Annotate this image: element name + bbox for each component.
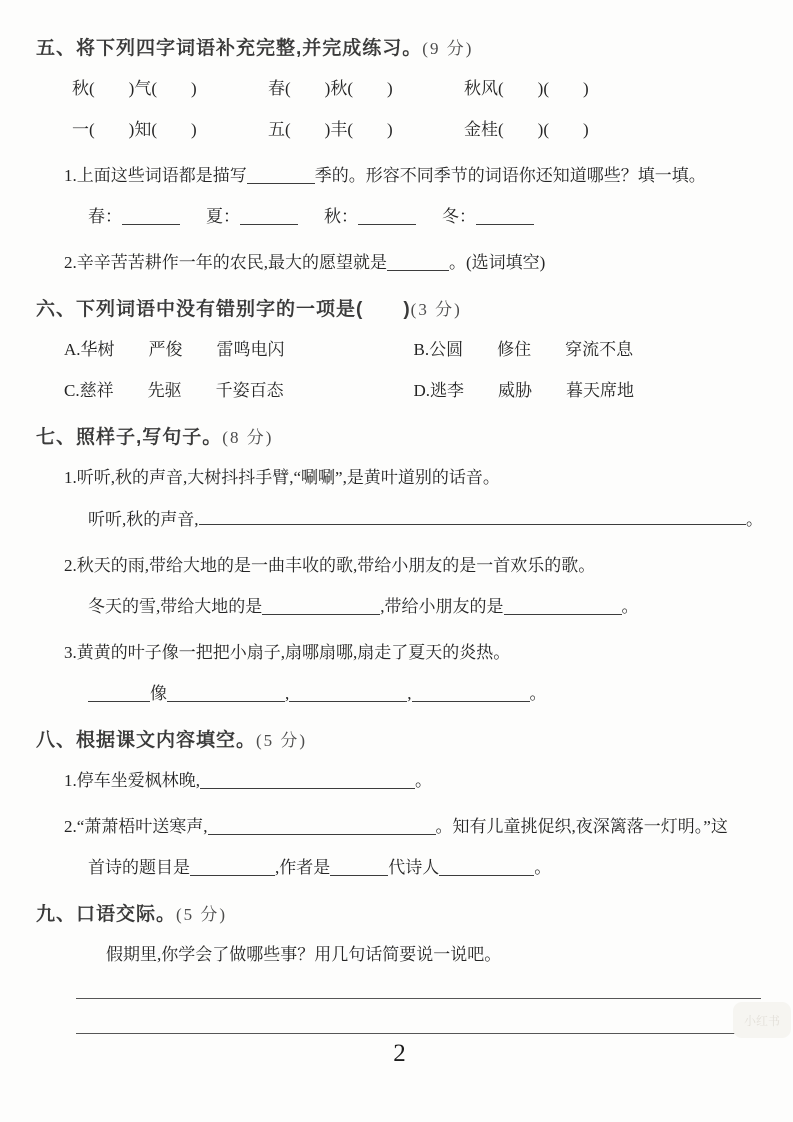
worksheet-page: 五、将下列四字词语补充完整,并完成练习。(9 分) 秋( )气( ) 春( )秋… [0,0,793,1122]
period: 。 [415,771,432,790]
question-text: 1.上面这些词语都是描写 [64,166,247,185]
word-group: 一( )知( ) [72,118,268,142]
answer-text: 像 [150,684,167,703]
xiaohongshu-watermark-badge: 小红书 [733,1002,791,1038]
answer-blank [262,599,380,615]
answer-text: 冬天的雪,带给大地的是 [88,597,262,616]
section-8-heading: 八、根据课文内容填空。(5 分) [36,728,763,754]
question-text: 2.“萧萧梧叶送寒声, [64,817,208,836]
section-5-score: (9 分) [422,39,473,58]
answer-blank [190,860,275,876]
option-c: C.慈祥 先驱 千姿百态 [64,379,414,403]
season-group: 春： [88,205,180,229]
section-8-score: (5 分) [256,731,307,750]
period: 。 [746,508,763,532]
word-group: 五( )丰( ) [268,118,464,142]
question-text: 2.辛辛苦苦耕作一年的农民,最大的愿望就是 [64,253,387,272]
section-5-title: 五、将下列四字词语补充完整,并完成练习。 [36,38,422,59]
answer-prefix: 听听,秋的声音, [88,508,199,532]
section-8-title: 八、根据课文内容填空。 [36,730,256,751]
worksheet-content: 五、将下列四字词语补充完整,并完成练习。(9 分) 秋( )气( ) 春( )秋… [0,0,793,1068]
question-text: 季的。形容不同季节的词语你还知道哪些？填一填。 [315,166,706,185]
section-7-title: 七、照样子,写句子。 [36,427,222,448]
word-group: 秋风( )( ) [464,77,660,101]
options-row-ab: A.华树 严俊 雷鸣电闪 B.公圆 修住 穿流不息 [64,338,763,362]
example-7-1: 1.听听,秋的声音,大树抖抖手臂,“唰唰”,是黄叶道别的话音。 [64,466,763,490]
answer-blank [208,819,436,835]
answer-blank [88,686,150,702]
period: 。 [534,858,551,877]
answer-text: ,带给小朋友的是 [380,597,503,616]
season-group: 秋： [324,205,416,229]
section-6-score: (3 分) [411,300,462,319]
question-5-2: 2.辛辛苦苦耕作一年的农民,最大的愿望就是。(选词填空) [64,251,763,275]
section-5-heading: 五、将下列四字词语补充完整,并完成练习。(9 分) [36,36,763,62]
example-7-3: 3.黄黄的叶子像一把把小扇子,扇哪扇哪,扇走了夏天的炎热。 [64,641,763,665]
season-label: 秋： [324,207,358,226]
answer-blank [358,209,416,225]
question-text: ,作者是 [275,858,330,877]
options-row-cd: C.慈祥 先驱 千姿百态 D.逃李 威胁 暮天席地 [64,379,763,403]
page-number: 2 [36,1040,763,1068]
question-text: 。(选词填空) [449,253,545,272]
answer-blank [504,599,622,615]
word-fill-row-1: 秋( )气( ) 春( )秋( ) 秋风( )( ) [72,77,763,101]
word-group: 春( )秋( ) [268,77,464,101]
answer-7-1: 听听,秋的声音,。 [88,507,763,532]
option-b: B.公圆 修住 穿流不息 [414,338,764,362]
option-a: A.华树 严俊 雷鸣电闪 [64,338,414,362]
section-9-heading: 九、口语交际。(5 分) [36,902,763,928]
answer-blank [387,255,449,271]
answer-blank [167,686,285,702]
answer-blank [412,686,530,702]
season-label: 夏： [206,207,240,226]
word-group: 秋( )气( ) [72,77,268,101]
period: 。 [530,684,547,703]
answer-line [76,1033,761,1034]
section-7-heading: 七、照样子,写句子。(8 分) [36,425,763,451]
example-7-2: 2.秋天的雨,带给大地的是一曲丰收的歌,带给小朋友的是一首欢乐的歌。 [64,554,763,578]
section-6-heading: 六、下列词语中没有错别字的一项是( )(3 分) [36,297,763,323]
question-text: 。知有儿童挑促织,夜深篱落一灯明。”这 [436,817,728,836]
word-fill-row-2: 一( )知( ) 五( )丰( ) 金桂( )( ) [72,118,763,142]
section-6-title: 六、下列词语中没有错别字的一项是( ) [36,299,411,320]
word-group: 金桂( )( ) [464,118,660,142]
question-text: 1.停车坐爱枫林晚, [64,771,200,790]
option-d: D.逃李 威胁 暮天席地 [414,379,764,403]
season-group: 夏： [206,205,298,229]
question-text: 首诗的题目是 [88,858,190,877]
question-text: 代诗人 [388,858,439,877]
answer-blank [289,686,407,702]
answer-7-2: 冬天的雪,带给大地的是,带给小朋友的是。 [88,595,763,619]
answer-blank [122,209,180,225]
question-5-1: 1.上面这些词语都是描写季的。形容不同季节的词语你还知道哪些？填一填。 [64,164,763,188]
answer-line [76,998,761,999]
season-group: 冬： [442,205,534,229]
question-8-2-line1: 2.“萧萧梧叶送寒声,。知有儿童挑促织,夜深篱落一灯明。”这 [64,815,763,839]
speaking-prompt: 假期里,你学会了做哪些事？用几句话简要说一说吧。 [106,943,763,967]
section-9-title: 九、口语交际。 [36,904,176,925]
answer-7-3: 像,,。 [88,682,763,706]
answer-blank [330,860,388,876]
section-7-score: (8 分) [222,428,273,447]
season-label: 春： [88,207,122,226]
answer-blank [247,168,315,184]
answer-blank [439,860,534,876]
answer-blank [199,507,747,525]
answer-blank [476,209,534,225]
period: 。 [622,597,639,616]
answer-blank [240,209,298,225]
answer-blank [200,773,415,789]
season-label: 冬： [442,207,476,226]
seasons-fill-row: 春： 夏： 秋： 冬： [88,205,763,229]
section-9-score: (5 分) [176,905,227,924]
question-8-2-line2: 首诗的题目是,作者是代诗人。 [88,856,763,880]
question-8-1: 1.停车坐爱枫林晚,。 [64,769,763,793]
